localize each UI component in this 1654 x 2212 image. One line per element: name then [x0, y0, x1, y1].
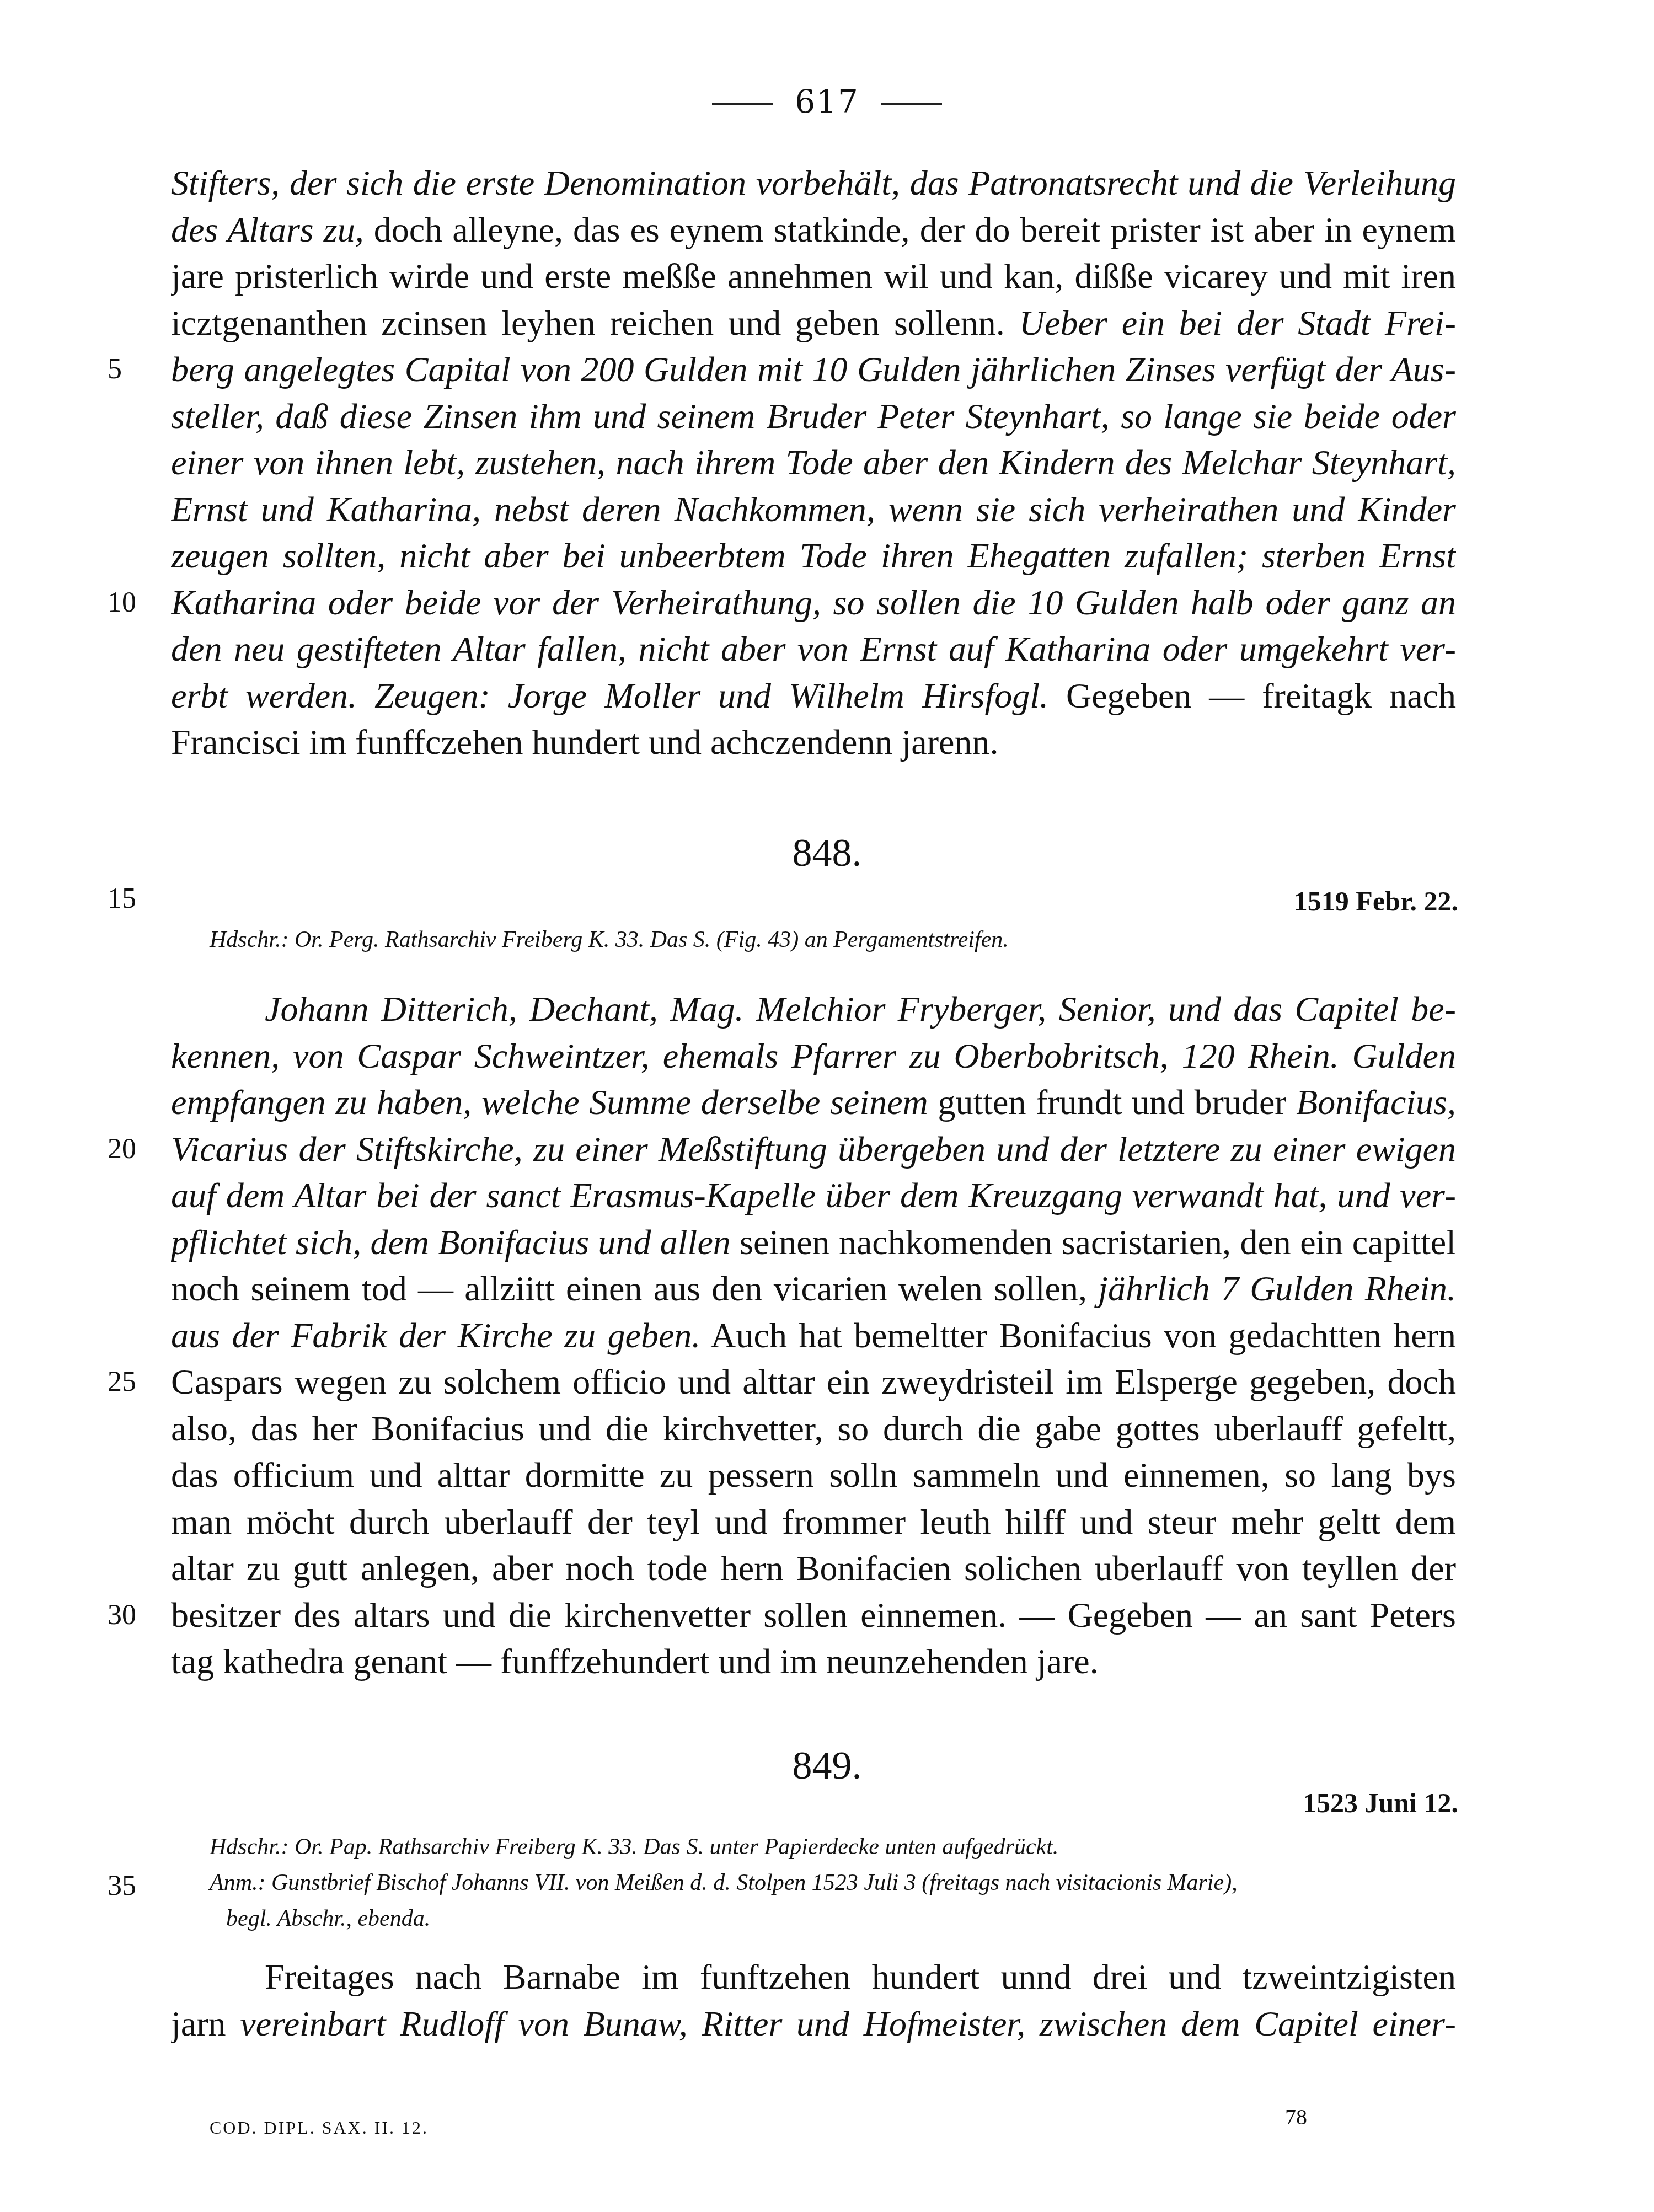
italic-segment: Vicarius der Stiftskirche, zu einer Meßs…: [171, 1129, 1456, 1171]
text-segment: tag kathedra genant — funffzehundert und…: [171, 1642, 1099, 1681]
text-segment: jare pristerlich wirde und erste meßße a…: [171, 256, 1456, 296]
page-number: 617: [795, 83, 859, 120]
text-line: empfangen zu haben, welche Summe derselb…: [171, 1080, 1456, 1124]
rule-left: [712, 103, 773, 105]
text-line: aus der Fabrik der Kirche zu geben. Auch…: [171, 1314, 1456, 1358]
text-segment: also, das her Bonifacius und die kirchve…: [171, 1409, 1456, 1448]
text-segment: Gegeben — freitagk nach: [1048, 676, 1456, 715]
text-line: zeugen sollten, nicht aber bei unbeerbte…: [171, 534, 1456, 578]
sheet-number: 78: [1285, 2104, 1307, 2130]
italic-segment: den neu gestifteten Altar fallen, nicht …: [171, 629, 1456, 668]
source-note-849-line2: Anm.: Gunstbrief Bischof Johanns VII. vo…: [210, 1870, 1238, 1896]
document-number-848: 848.: [0, 830, 1654, 876]
line-number: 5: [108, 353, 122, 385]
text-line: einer von ihnen lebt, zustehen, nach ihr…: [171, 441, 1456, 485]
text-segment: noch seinem tod — allziitt einen aus den…: [171, 1269, 1098, 1308]
text-line: Francisci im funffczehen hundert und ach…: [171, 720, 1456, 764]
line-number: 35: [108, 1870, 136, 1902]
text-segment: doch alleyne, das es eynem statkinde, de…: [364, 210, 1456, 249]
italic-segment: Ueber ein bei der Stadt Frei-: [1019, 303, 1456, 342]
italic-segment: empfangen zu haben, welche Summe derselb…: [171, 1083, 928, 1122]
text-line: Johann Ditterich, Dechant, Mag. Melchior…: [265, 987, 1456, 1031]
text-line: Stifters, der sich die erste Denominatio…: [171, 161, 1456, 205]
text-segment: Caspars wegen zu solchem officio und alt…: [171, 1362, 1456, 1401]
text-segment: jarn: [171, 2004, 240, 2043]
italic-segment: vereinbart Rudloff von Bunaw, Ritter und…: [240, 2004, 1456, 2043]
text-line: Vicarius der Stiftskirche, zu einer Meßs…: [171, 1127, 1456, 1171]
text-line: jarn vereinbart Rudloff von Bunaw, Ritte…: [171, 2002, 1456, 2046]
text-segment: icztgenanthen zcinsen leyhen reichen und…: [171, 303, 1019, 342]
document-date-849: 1523 Juni 12.: [1303, 1787, 1458, 1819]
source-note-849-line1: Hdschr.: Or. Pap. Rathsarchiv Freiberg K…: [210, 1834, 1058, 1860]
italic-segment: Bonifacius,: [1296, 1083, 1456, 1122]
text-segment: man möcht durch uberlauff der teyl und f…: [171, 1502, 1456, 1541]
text-line: den neu gestifteten Altar fallen, nicht …: [171, 627, 1456, 671]
line-number: 15: [108, 882, 136, 915]
italic-segment: pflichtet sich, dem Bonifacius und allen: [171, 1223, 731, 1262]
text-line: berg angelegtes Capital von 200 Gulden m…: [171, 347, 1456, 392]
text-line: Ernst und Katharina, nebst deren Nachkom…: [171, 488, 1456, 532]
text-line: noch seinem tod — allziitt einen aus den…: [171, 1267, 1456, 1311]
text-line: also, das her Bonifacius und die kirchve…: [171, 1407, 1456, 1451]
text-line: besitzer des altars und die kirchenvette…: [171, 1593, 1456, 1637]
line-number: 30: [108, 1599, 136, 1631]
italic-segment: auf dem Altar bei der sanct Erasmus-Kape…: [171, 1176, 1456, 1215]
text-line: Freitages nach Barnabe im funftzehen hun…: [265, 1955, 1456, 1999]
italic-segment: erbt werden. Zeugen: Jorge Moller und Wi…: [171, 676, 1048, 715]
line-number: 25: [108, 1365, 136, 1398]
text-line: auf dem Altar bei der sanct Erasmus-Kape…: [171, 1174, 1456, 1218]
text-line: man möcht durch uberlauff der teyl und f…: [171, 1500, 1456, 1544]
text-segment: Freitages nach Barnabe im funftzehen hun…: [265, 1957, 1456, 1996]
text-line: erbt werden. Zeugen: Jorge Moller und Wi…: [171, 674, 1456, 718]
document-number-849: 849.: [0, 1743, 1654, 1788]
italic-segment: einer von ihnen lebt, zustehen, nach ihr…: [171, 443, 1456, 482]
signature-mark: COD. DIPL. SAX. II. 12.: [210, 2118, 429, 2138]
text-segment: seinen nachkomenden sacristarien, den ei…: [731, 1223, 1456, 1262]
text-line: Katharina oder beide vor der Verheirathu…: [171, 581, 1456, 625]
italic-segment: des Altars zu,: [171, 210, 364, 249]
text-line: das officium und alttar dormitte zu pess…: [171, 1453, 1456, 1497]
text-segment: Francisci im funffczehen hundert und ach…: [171, 722, 998, 762]
text-line: des Altars zu, doch alleyne, das es eyne…: [171, 208, 1456, 252]
text-segment: gutten frundt und bruder: [928, 1083, 1296, 1122]
line-number: 10: [108, 586, 136, 619]
text-line: pflichtet sich, dem Bonifacius und allen…: [171, 1220, 1456, 1265]
line-number: 20: [108, 1133, 136, 1165]
document-page: 617 Stifters, der sich die erste Denomin…: [0, 0, 1654, 2212]
italic-segment: berg angelegtes Capital von 200 Gulden m…: [171, 350, 1456, 389]
italic-segment: Katharina oder beide vor der Verheirathu…: [171, 583, 1456, 622]
italic-segment: steller, daß diese Zinsen ihm und seinem…: [171, 397, 1456, 436]
text-line: tag kathedra genant — funffzehundert und…: [171, 1640, 1456, 1684]
text-line: icztgenanthen zcinsen leyhen reichen und…: [171, 301, 1456, 345]
text-line: Caspars wegen zu solchem officio und alt…: [171, 1360, 1456, 1404]
source-note-849-line3: begl. Abschr., ebenda.: [226, 1905, 430, 1932]
text-segment: das officium und alttar dormitte zu pess…: [171, 1455, 1456, 1495]
italic-segment: Johann Ditterich, Dechant, Mag. Melchior…: [265, 989, 1456, 1029]
italic-segment: Ernst und Katharina, nebst deren Nachkom…: [171, 490, 1456, 529]
text-line: altar zu gutt anlegen, aber noch tode he…: [171, 1546, 1456, 1590]
document-date-848: 1519 Febr. 22.: [1294, 885, 1458, 917]
text-segment: besitzer des altars und die kirchenvette…: [171, 1595, 1456, 1635]
rule-right: [881, 103, 942, 105]
italic-segment: kennen, von Caspar Schweintzer, ehemals …: [171, 1036, 1456, 1075]
italic-segment: zeugen sollten, nicht aber bei unbeerbte…: [171, 536, 1456, 578]
text-line: jare pristerlich wirde und erste meßße a…: [171, 254, 1456, 298]
italic-segment: aus der Fabrik der Kirche zu geben.: [171, 1316, 700, 1355]
text-line: kennen, von Caspar Schweintzer, ehemals …: [171, 1034, 1456, 1078]
text-line: steller, daß diese Zinsen ihm und seinem…: [171, 394, 1456, 438]
text-segment: altar zu gutt anlegen, aber noch tode he…: [171, 1549, 1456, 1588]
source-note-848: Hdschr.: Or. Perg. Rathsarchiv Freiberg …: [210, 926, 1009, 953]
italic-segment: jährlich 7 Gulden Rhein.: [1098, 1269, 1456, 1308]
running-head: 617: [0, 83, 1654, 120]
text-segment: Auch hat bemeltter Bonifacius von gedach…: [700, 1316, 1456, 1355]
italic-segment: Stifters, der sich die erste Denominatio…: [171, 163, 1456, 202]
